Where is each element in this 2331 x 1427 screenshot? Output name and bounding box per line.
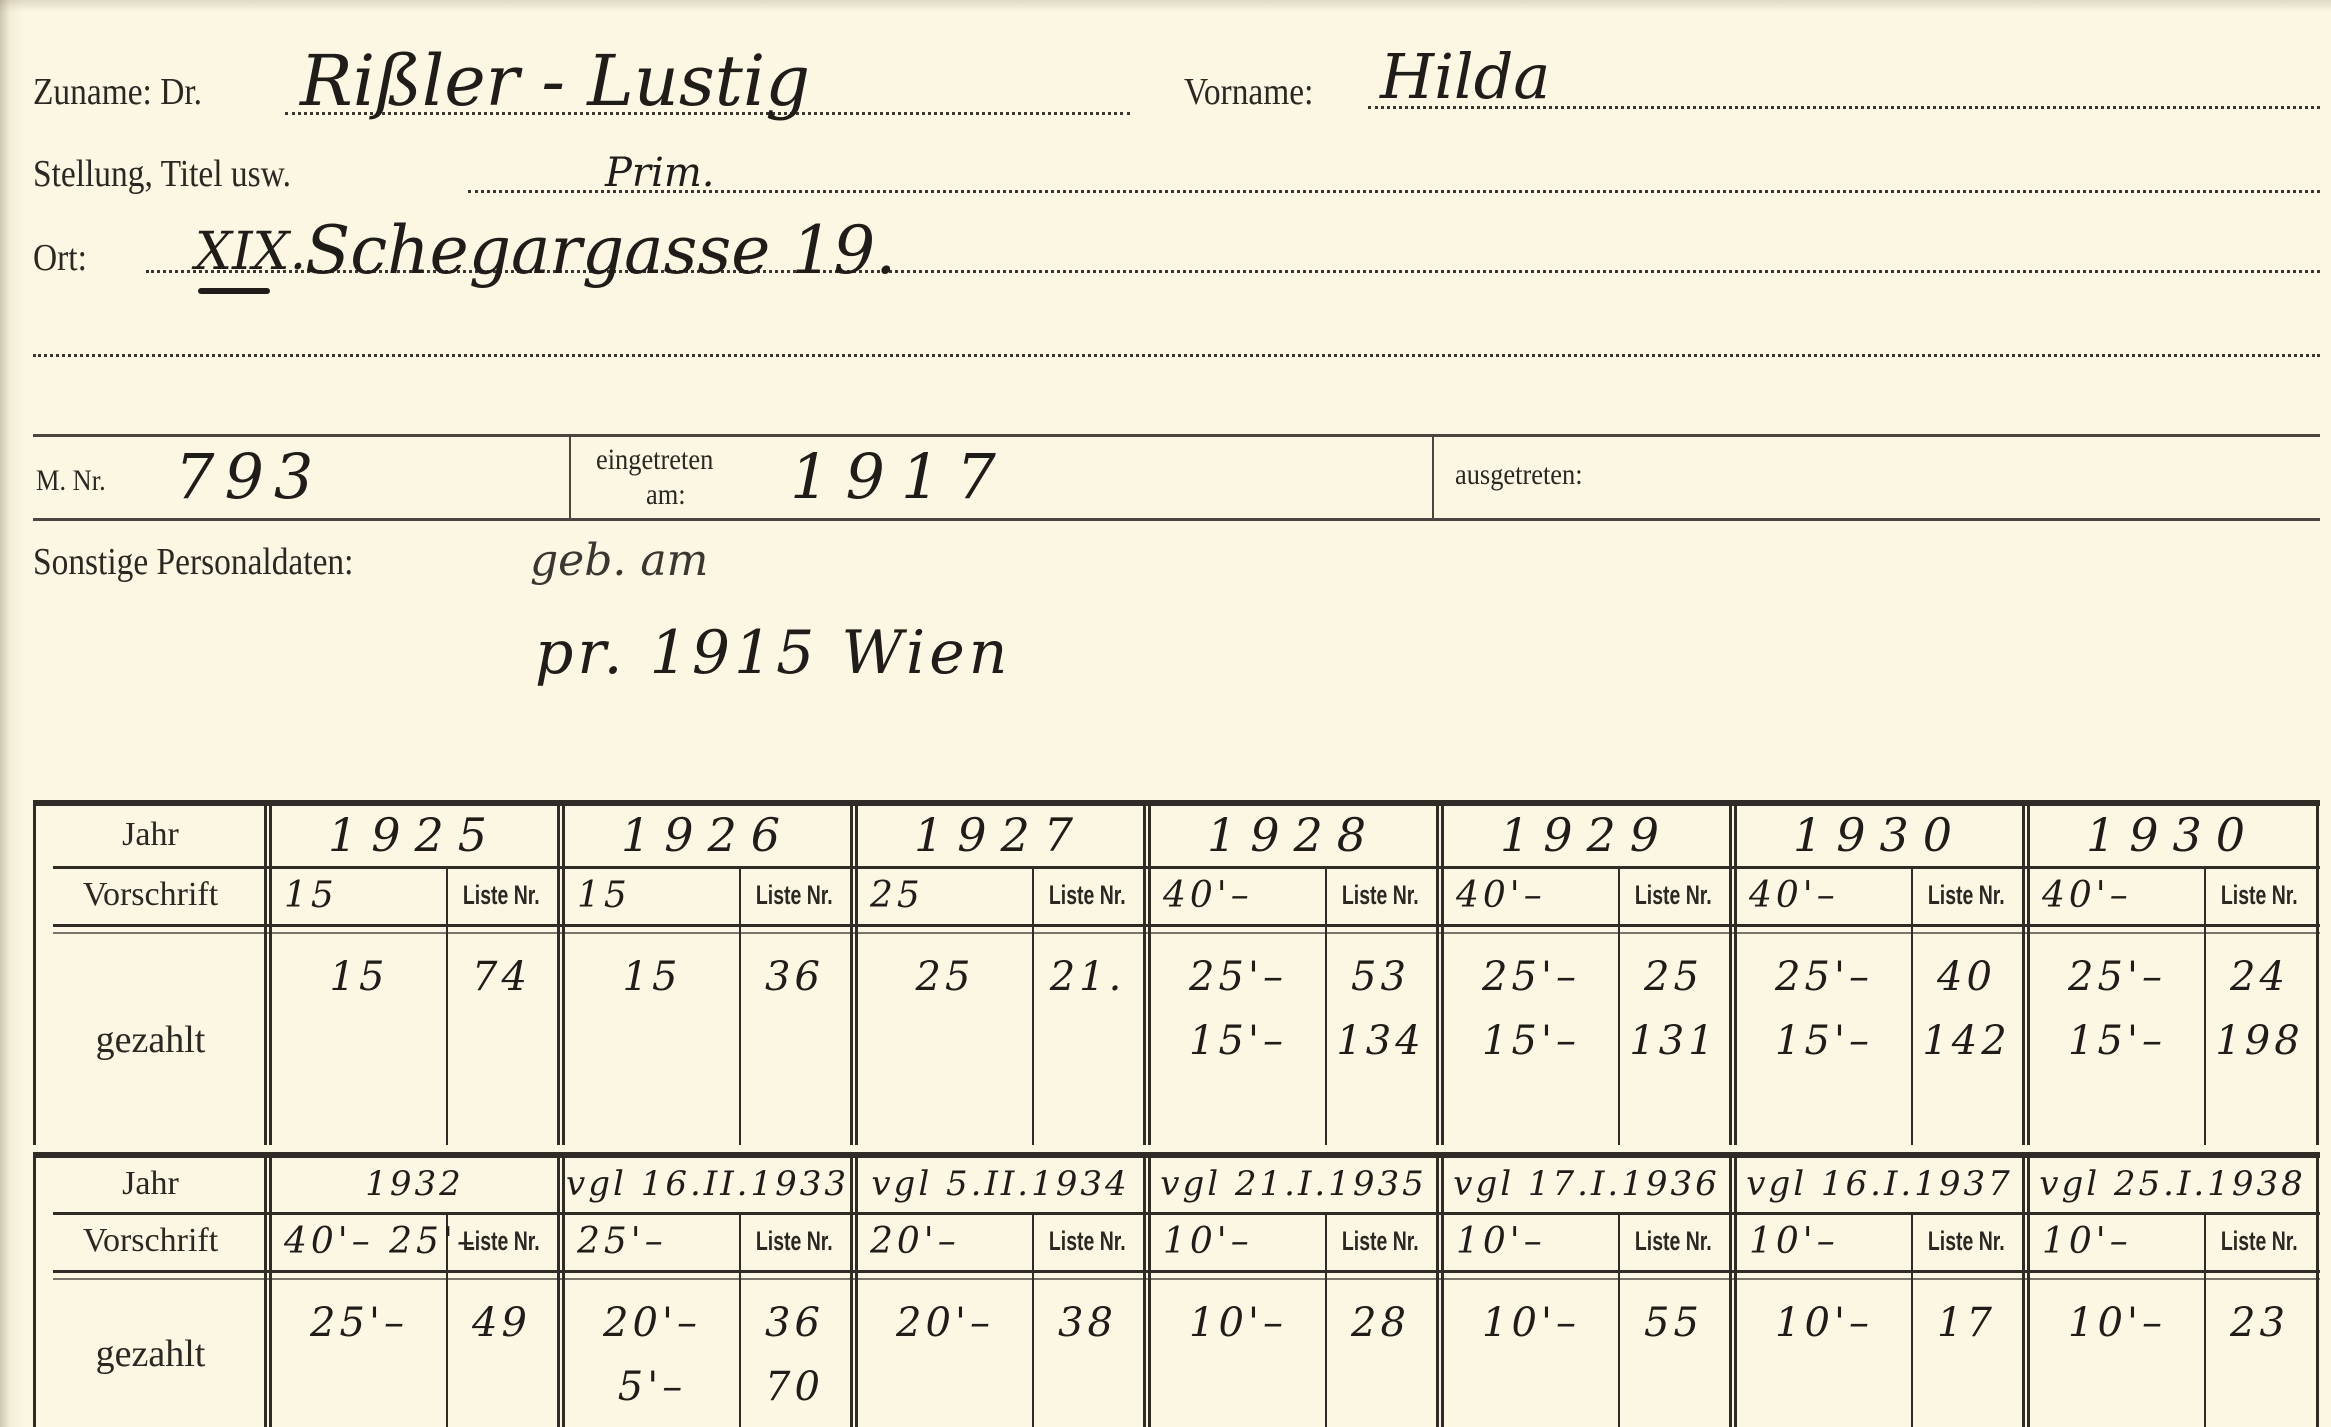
prescribed-row-rule-2 bbox=[53, 1278, 2320, 1280]
list-no-cell: 21. bbox=[1034, 938, 1141, 1000]
table-right-border bbox=[2316, 800, 2319, 1145]
row-label-prescribed-text: Vorschrift bbox=[83, 1222, 218, 1260]
place-district: XIX. bbox=[195, 222, 306, 282]
row-label-year: Jahr bbox=[33, 1156, 268, 1212]
list-no-cell: 38 bbox=[1034, 1284, 1141, 1346]
list-no-cell: 24198 bbox=[2206, 938, 2313, 1064]
year-group-separator bbox=[557, 804, 565, 1145]
list-no-value: 23 bbox=[2230, 1300, 2289, 1346]
list-no-value: 21. bbox=[1050, 954, 1126, 1000]
list-no-cell: 28 bbox=[1327, 1284, 1434, 1346]
year-value: vgl 16.II.1933 bbox=[566, 1164, 849, 1204]
table-right-border bbox=[2316, 1152, 2319, 1427]
paid-value: 15'– bbox=[1775, 1018, 1873, 1064]
prescribed-value: 25'– bbox=[577, 1221, 667, 1262]
year-group-separator bbox=[1436, 804, 1444, 1145]
paid-value: 15 bbox=[623, 954, 682, 1000]
paid-value: 25'– bbox=[1189, 954, 1287, 1000]
list-no-value: 28 bbox=[1351, 1300, 1410, 1346]
row-label-paid-text: gezahlt bbox=[96, 1332, 206, 1376]
list-no-header: Liste Nr. bbox=[1913, 1212, 2020, 1270]
list-no-label: Liste Nr. bbox=[1928, 1226, 2005, 1257]
paid-cell: 10'– bbox=[1153, 1284, 1323, 1346]
prescribed-cell: 15 bbox=[567, 866, 737, 924]
paid-cell: 25'– bbox=[274, 1284, 444, 1346]
list-no-value: 55 bbox=[1644, 1300, 1703, 1346]
list-no-value: 131 bbox=[1629, 1018, 1717, 1064]
year-value: vgl 16.I.1937 bbox=[1746, 1164, 2013, 1204]
year-cell: 1928 bbox=[1153, 804, 1434, 866]
list-no-label: Liste Nr. bbox=[1928, 880, 2005, 911]
prescribed-value: 40'– bbox=[1749, 875, 1839, 916]
surname-label: Zuname: Dr. bbox=[33, 70, 202, 114]
prescribed-row-rule-2 bbox=[53, 932, 2320, 934]
member-row-top-rule bbox=[33, 434, 2320, 437]
list-no-label: Liste Nr. bbox=[1635, 1226, 1712, 1257]
list-no-header: Liste Nr. bbox=[2206, 1212, 2313, 1270]
paid-value: 15 bbox=[330, 954, 389, 1000]
member-row-divider-2 bbox=[1432, 436, 1434, 520]
prescribed-value: 25 bbox=[870, 875, 924, 916]
list-no-label: Liste Nr. bbox=[463, 880, 540, 911]
payments-table-lower: JahrVorschriftgezahlt193240'– 25'–Liste … bbox=[33, 1152, 2320, 1427]
row-label-prescribed-text: Vorschrift bbox=[83, 876, 218, 914]
year-value: 1925 bbox=[328, 808, 501, 862]
prescribed-value: 10'– bbox=[1749, 1221, 1839, 1262]
prescribed-cell: 40'– bbox=[1153, 866, 1323, 924]
paid-cell: 25'–15'– bbox=[1739, 938, 1909, 1064]
paid-cell: 20'– bbox=[860, 1284, 1030, 1346]
list-no-value: 142 bbox=[1922, 1018, 2010, 1064]
row-label-year-text: Jahr bbox=[122, 816, 179, 854]
joined-value: 1917 bbox=[790, 440, 1012, 513]
year-value: vgl 25.I.1938 bbox=[2039, 1164, 2306, 1204]
list-no-value: 25 bbox=[1644, 954, 1703, 1000]
year-value: 1929 bbox=[1500, 808, 1673, 862]
list-no-cell: 53134 bbox=[1327, 938, 1434, 1064]
year-group-separator bbox=[850, 1156, 858, 1427]
year-group-separator bbox=[264, 804, 272, 1145]
list-no-label: Liste Nr. bbox=[1342, 880, 1419, 911]
firstname-label: Vorname: bbox=[1184, 70, 1313, 114]
place-label: Ort: bbox=[33, 236, 87, 280]
year-cell: 1930 bbox=[2032, 804, 2313, 866]
list-no-value: 38 bbox=[1058, 1300, 1117, 1346]
year-value: 1930 bbox=[2086, 808, 2259, 862]
paid-cell: 25 bbox=[860, 938, 1030, 1000]
row-label-year: Jahr bbox=[33, 804, 268, 866]
list-no-header: Liste Nr. bbox=[1620, 866, 1727, 924]
other-data-line1: geb. am bbox=[530, 535, 708, 586]
list-no-value: 17 bbox=[1937, 1300, 1996, 1346]
list-no-cell: 3670 bbox=[741, 1284, 848, 1410]
paid-cell: 25'–15'– bbox=[2032, 938, 2202, 1064]
list-no-header: Liste Nr. bbox=[1327, 1212, 1434, 1270]
year-group-separator bbox=[264, 1156, 272, 1427]
prescribed-cell: 40'– bbox=[1446, 866, 1616, 924]
member-row-bottom-rule bbox=[33, 518, 2320, 521]
year-group-separator bbox=[1436, 1156, 1444, 1427]
prescribed-cell: 25 bbox=[860, 866, 1030, 924]
joined-label-line1: eingetreten bbox=[596, 443, 713, 477]
prescribed-cell: 40'– bbox=[2032, 866, 2202, 924]
year-value: 1930 bbox=[1793, 808, 1966, 862]
list-no-cell: 25131 bbox=[1620, 938, 1727, 1064]
paid-value: 25 bbox=[916, 954, 975, 1000]
year-cell: vgl 17.I.1936 bbox=[1446, 1156, 1727, 1212]
list-no-cell: 17 bbox=[1913, 1284, 2020, 1346]
year-group-separator bbox=[2022, 1156, 2030, 1427]
list-no-cell: 49 bbox=[448, 1284, 555, 1346]
prescribed-value: 40'– bbox=[2042, 875, 2132, 916]
payments-table-upper: JahrVorschriftgezahlt192515Liste Nr.1574… bbox=[33, 800, 2320, 1145]
list-no-header: Liste Nr. bbox=[741, 1212, 848, 1270]
paid-cell: 15 bbox=[274, 938, 444, 1000]
prescribed-cell: 10'– bbox=[1153, 1212, 1323, 1270]
row-label-paid: gezahlt bbox=[33, 934, 268, 1145]
list-no-cell: 23 bbox=[2206, 1284, 2313, 1346]
list-no-label: Liste Nr. bbox=[1049, 880, 1126, 911]
paid-value: 15'– bbox=[1189, 1018, 1287, 1064]
list-no-value: 198 bbox=[2215, 1018, 2303, 1064]
paid-value: 20'– bbox=[603, 1300, 701, 1346]
year-group-separator bbox=[1729, 804, 1737, 1145]
paid-cell: 25'–15'– bbox=[1446, 938, 1616, 1064]
member-no-value: 793 bbox=[175, 440, 323, 513]
prescribed-cell: 10'– bbox=[2032, 1212, 2202, 1270]
member-no-label: M. Nr. bbox=[36, 464, 106, 498]
list-no-header: Liste Nr. bbox=[741, 866, 848, 924]
year-cell: 1930 bbox=[1739, 804, 2020, 866]
paid-cell: 20'–5'– bbox=[567, 1284, 737, 1410]
row-label-paid: gezahlt bbox=[33, 1280, 268, 1427]
row-label-paid-text: gezahlt bbox=[96, 1018, 206, 1062]
list-no-cell: 36 bbox=[741, 938, 848, 1000]
list-no-value: 49 bbox=[472, 1300, 531, 1346]
list-no-label: Liste Nr. bbox=[1635, 880, 1712, 911]
prescribed-row-rule-1 bbox=[53, 924, 2320, 927]
blank-dotted-line bbox=[33, 354, 2320, 357]
year-group-separator bbox=[850, 804, 858, 1145]
paid-value: 10'– bbox=[1482, 1300, 1580, 1346]
paid-value: 15'– bbox=[1482, 1018, 1580, 1064]
list-no-label: Liste Nr. bbox=[2221, 1226, 2298, 1257]
paid-value: 10'– bbox=[1189, 1300, 1287, 1346]
paid-value: 20'– bbox=[896, 1300, 994, 1346]
list-no-value: 74 bbox=[472, 954, 531, 1000]
paid-cell: 10'– bbox=[1446, 1284, 1616, 1346]
position-dotted-line bbox=[468, 190, 2320, 193]
list-no-header: Liste Nr. bbox=[448, 866, 555, 924]
list-no-header: Liste Nr. bbox=[1327, 866, 1434, 924]
paid-value: 25'– bbox=[2068, 954, 2166, 1000]
surname-value: Rißler - Lustig bbox=[300, 40, 810, 122]
joined-label-line2: am: bbox=[646, 478, 686, 512]
prescribed-cell: 40'– 25'– bbox=[274, 1212, 444, 1270]
other-data-label: Sonstige Personaldaten: bbox=[33, 540, 353, 584]
paid-cell: 10'– bbox=[1739, 1284, 1909, 1346]
prescribed-cell: 40'– bbox=[1739, 866, 1909, 924]
paid-value: 25'– bbox=[310, 1300, 408, 1346]
year-cell: 1926 bbox=[567, 804, 848, 866]
year-cell: vgl 16.I.1937 bbox=[1739, 1156, 2020, 1212]
list-no-cell: 74 bbox=[448, 938, 555, 1000]
list-no-value: 70 bbox=[765, 1364, 824, 1410]
firstname-value: Hilda bbox=[1380, 40, 1550, 113]
prescribed-value: 40'– bbox=[1163, 875, 1253, 916]
year-cell: vgl 25.I.1938 bbox=[2032, 1156, 2313, 1212]
prescribed-row-rule-1 bbox=[53, 1270, 2320, 1273]
year-group-separator bbox=[1143, 1156, 1151, 1427]
paid-cell: 10'– bbox=[2032, 1284, 2202, 1346]
list-no-label: Liste Nr. bbox=[1049, 1226, 1126, 1257]
list-no-header: Liste Nr. bbox=[1913, 866, 2020, 924]
prescribed-cell: 10'– bbox=[1446, 1212, 1616, 1270]
year-cell: vgl 16.II.1933 bbox=[567, 1156, 848, 1212]
prescribed-value: 15 bbox=[284, 875, 338, 916]
membership-card: Zuname: Dr. Rißler - Lustig Vorname: Hil… bbox=[0, 0, 2331, 1427]
year-cell: 1929 bbox=[1446, 804, 1727, 866]
year-group-separator bbox=[557, 1156, 565, 1427]
position-label: Stellung, Titel usw. bbox=[33, 152, 291, 196]
prescribed-cell: 10'– bbox=[1739, 1212, 1909, 1270]
row-label-prescribed: Vorschrift bbox=[33, 1212, 268, 1270]
prescribed-value: 20'– bbox=[870, 1221, 960, 1262]
year-value: vgl 21.I.1935 bbox=[1160, 1164, 1427, 1204]
district-underline bbox=[198, 288, 270, 294]
prescribed-value: 15 bbox=[577, 875, 631, 916]
year-value: vgl 17.I.1936 bbox=[1453, 1164, 1720, 1204]
other-data-line2: pr. 1915 Wien bbox=[535, 618, 1011, 688]
list-no-value: 36 bbox=[765, 1300, 824, 1346]
prescribed-value: 10'– bbox=[2042, 1221, 2132, 1262]
list-no-header: Liste Nr. bbox=[1620, 1212, 1727, 1270]
list-no-value: 40 bbox=[1937, 954, 1996, 1000]
prescribed-cell: 25'– bbox=[567, 1212, 737, 1270]
list-no-header: Liste Nr. bbox=[1034, 1212, 1141, 1270]
left-label: ausgetreten: bbox=[1455, 458, 1583, 492]
prescribed-cell: 20'– bbox=[860, 1212, 1030, 1270]
list-no-header: Liste Nr. bbox=[2206, 866, 2313, 924]
year-cell: vgl 5.II.1934 bbox=[860, 1156, 1141, 1212]
list-no-value: 134 bbox=[1336, 1018, 1424, 1064]
row-label-year-text: Jahr bbox=[122, 1165, 179, 1203]
year-cell: 1925 bbox=[274, 804, 555, 866]
paid-value: 15'– bbox=[2068, 1018, 2166, 1064]
list-no-label: Liste Nr. bbox=[463, 1226, 540, 1257]
paid-cell: 25'–15'– bbox=[1153, 938, 1323, 1064]
paid-value: 25'– bbox=[1775, 954, 1873, 1000]
year-value: 1927 bbox=[914, 808, 1087, 862]
member-row-divider-1 bbox=[569, 436, 571, 520]
year-cell: 1932 bbox=[274, 1156, 555, 1212]
year-cell: 1927 bbox=[860, 804, 1141, 866]
list-no-value: 24 bbox=[2230, 954, 2289, 1000]
row-label-prescribed: Vorschrift bbox=[33, 866, 268, 924]
list-no-value: 53 bbox=[1351, 954, 1410, 1000]
list-no-header: Liste Nr. bbox=[448, 1212, 555, 1270]
list-no-label: Liste Nr. bbox=[2221, 880, 2298, 911]
paid-value: 10'– bbox=[2068, 1300, 2166, 1346]
paid-cell: 15 bbox=[567, 938, 737, 1000]
list-no-value: 36 bbox=[765, 954, 824, 1000]
prescribed-value: 10'– bbox=[1456, 1221, 1546, 1262]
year-group-separator bbox=[2022, 804, 2030, 1145]
year-value: 1932 bbox=[365, 1164, 464, 1204]
list-no-header: Liste Nr. bbox=[1034, 866, 1141, 924]
paid-value: 10'– bbox=[1775, 1300, 1873, 1346]
list-no-cell: 55 bbox=[1620, 1284, 1727, 1346]
year-value: vgl 5.II.1934 bbox=[871, 1164, 1129, 1204]
prescribed-value: 10'– bbox=[1163, 1221, 1253, 1262]
paid-value: 25'– bbox=[1482, 954, 1580, 1000]
year-value: 1926 bbox=[621, 808, 794, 862]
year-group-separator bbox=[1729, 1156, 1737, 1427]
year-group-separator bbox=[1143, 804, 1151, 1145]
list-no-label: Liste Nr. bbox=[756, 1226, 833, 1257]
year-cell: vgl 21.I.1935 bbox=[1153, 1156, 1434, 1212]
position-value: Prim. bbox=[605, 150, 714, 196]
paid-value: 5'– bbox=[618, 1364, 686, 1410]
list-no-label: Liste Nr. bbox=[1342, 1226, 1419, 1257]
year-value: 1928 bbox=[1207, 808, 1380, 862]
place-value: Schegargasse 19. bbox=[305, 212, 896, 289]
prescribed-cell: 15 bbox=[274, 866, 444, 924]
prescribed-value: 40'– bbox=[1456, 875, 1546, 916]
list-no-cell: 40142 bbox=[1913, 938, 2020, 1064]
list-no-label: Liste Nr. bbox=[756, 880, 833, 911]
